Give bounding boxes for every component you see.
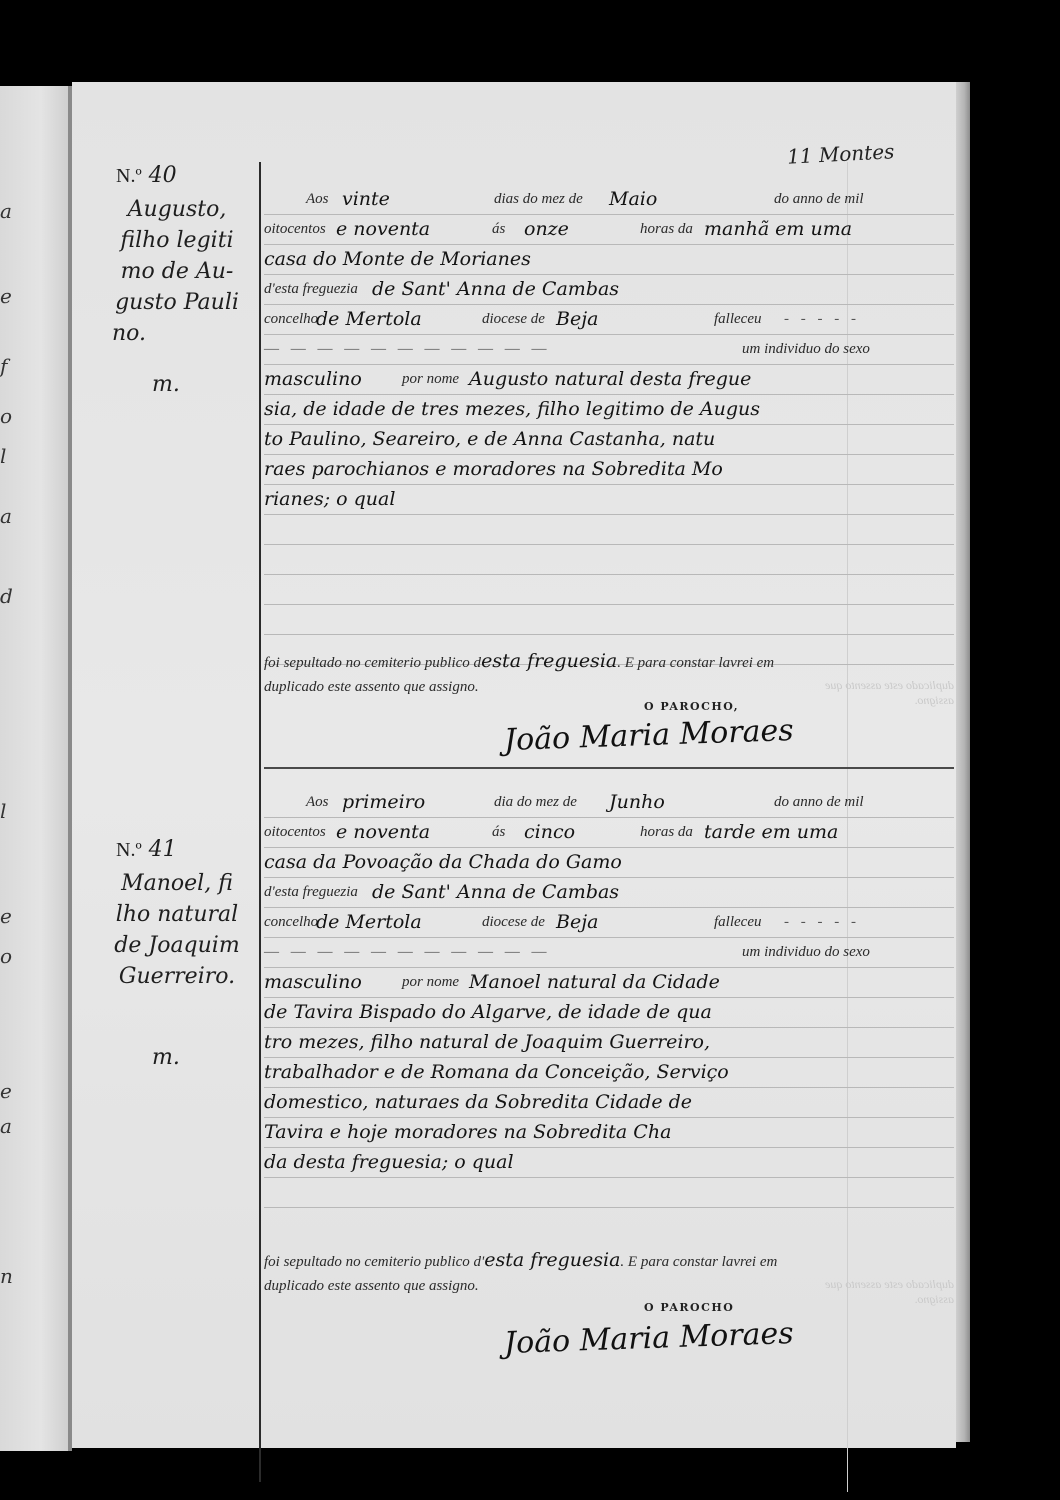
- entry-41-body: Aos primeiro dia do mez de Junho do anno…: [264, 788, 954, 1208]
- form-line-house: casa da Povoação da Chada do Gamo: [264, 848, 954, 878]
- left-page-fragment: e: [0, 906, 12, 926]
- priest-signature: João Maria Moraes: [503, 713, 794, 758]
- entry-40-body: Aos vinte dias do mez de Maio do anno de…: [264, 185, 954, 665]
- field-period: manhã em uma: [704, 215, 852, 244]
- form-line-house: casa do Monte de Morianes: [264, 245, 954, 275]
- page-stack-edge: [956, 82, 970, 1442]
- left-page-fragment: f: [0, 356, 7, 376]
- margin-sex: m.: [92, 1042, 262, 1073]
- field-year: e noventa: [336, 215, 430, 244]
- left-page-fragment: o: [0, 406, 12, 426]
- entry-40-closing: foi sepultado no cemiterio publico desta…: [264, 648, 954, 700]
- form-line-date: Aos primeiro dia do mez de Junho do anno…: [264, 788, 954, 818]
- left-page-fragment: e: [0, 1081, 12, 1101]
- field-concelho: de Mertola: [316, 305, 422, 334]
- margin-name-line: de Joaquim: [92, 930, 262, 961]
- field-diocese: Beja: [556, 908, 598, 937]
- blank-line: [264, 515, 954, 545]
- form-line-date: Aos vinte dias do mez de Maio do anno de…: [264, 185, 954, 215]
- field-parish: de Sant' Anna de Cambas: [372, 878, 619, 907]
- field-concelho: de Mertola: [316, 908, 422, 937]
- margin-sex: m.: [92, 369, 262, 400]
- field-year: e noventa: [336, 818, 430, 847]
- left-page-fragment: a: [0, 506, 12, 526]
- entry-40-margin: N.º 40 Augusto, filho legiti mo de Au- g…: [92, 160, 262, 400]
- left-page-fragment: n: [0, 1266, 13, 1286]
- register-page: 11 Montes N.º 40 Augusto, filho legiti m…: [72, 82, 956, 1448]
- entry-number: N.º 40: [92, 160, 262, 192]
- field-burial-place: esta freguesia: [484, 1249, 620, 1271]
- priest-signature: João Maria Moraes: [503, 1316, 794, 1361]
- closing-line-1: foi sepultado no cemiterio publico desta…: [264, 648, 954, 674]
- left-page-fragment: a: [0, 201, 12, 221]
- field-day: vinte: [342, 185, 390, 214]
- left-page-fragment: o: [0, 946, 12, 966]
- left-page-fragment: a: [0, 1116, 12, 1136]
- left-page-fragment: d: [0, 586, 13, 606]
- form-line-concelho: concelho de Mertola diocese de Beja fall…: [264, 305, 954, 335]
- blank-line: [264, 575, 954, 605]
- narrative-line: domestico, naturaes da Sobredita Cidade …: [264, 1088, 692, 1117]
- field-parish: de Sant' Anna de Cambas: [372, 275, 619, 304]
- narrative-line: trabalhador e de Romana da Conceição, Se…: [264, 1058, 729, 1087]
- form-line-name: masculino por nome Manoel natural da Cid…: [264, 968, 954, 998]
- margin-name-line: Manoel, fi: [92, 868, 262, 899]
- narrative-line: Augusto natural desta fregue: [469, 365, 751, 394]
- blank-line: [264, 1178, 954, 1208]
- field-sex: masculino: [264, 968, 362, 997]
- field-burial-place: esta freguesia: [481, 650, 617, 672]
- entry-41-margin: N.º 41 Manoel, fi lho natural de Joaquim…: [92, 834, 262, 1073]
- form-line-parish: d'esta freguezia de Sant' Anna de Cambas: [264, 275, 954, 305]
- top-annotation: 11 Montes: [786, 139, 894, 169]
- field-month: Maio: [609, 185, 657, 214]
- narrative-line: sia, de idade de tres mezes, filho legit…: [264, 395, 760, 424]
- field-diocese: Beja: [556, 305, 598, 334]
- narrative-line: raes parochianos e moradores na Sobredit…: [264, 455, 723, 484]
- margin-name-line: mo de Au-: [92, 256, 262, 287]
- field-hour: onze: [524, 215, 569, 244]
- form-line-time: oitocentos e noventa ás onze horas da ma…: [264, 215, 954, 245]
- blank-line: [264, 605, 954, 635]
- blank-line: [264, 545, 954, 575]
- narrative-line: to Paulino, Seareiro, e de Anna Castanha…: [264, 425, 715, 454]
- entry-separator: [264, 767, 954, 769]
- margin-name-line: no.: [92, 318, 262, 349]
- margin-name-line: Augusto,: [92, 194, 262, 225]
- left-page-fragment: l: [0, 446, 6, 466]
- form-line-parish: d'esta freguezia de Sant' Anna de Cambas: [264, 878, 954, 908]
- form-line-concelho: concelho de Mertola diocese de Beja fall…: [264, 908, 954, 938]
- margin-name-line: Guerreiro.: [92, 961, 262, 992]
- form-line-sex-label: — — — — — — — — — — — um individuo do se…: [264, 335, 954, 365]
- narrative-line: tro mezes, filho natural de Joaquim Guer…: [264, 1028, 710, 1057]
- left-page-fragment: l: [0, 801, 6, 821]
- narrative-line: rianes; o qual: [264, 485, 395, 514]
- margin-name-line: gusto Pauli: [92, 287, 262, 318]
- parocho-label: O PAROCHO,: [644, 700, 739, 713]
- closing-line-1: foi sepultado no cemiterio publico d'est…: [264, 1247, 954, 1273]
- narrative-line: de Tavira Bispado do Algarve, de idade d…: [264, 998, 712, 1027]
- entry-41-closing: foi sepultado no cemiterio publico d'est…: [264, 1247, 954, 1299]
- form-line-name: masculino por nome Augusto natural desta…: [264, 365, 954, 395]
- form-line-time: oitocentos e noventa ás cinco horas da t…: [264, 818, 954, 848]
- field-month: Junho: [609, 788, 665, 817]
- field-house: casa do Monte de Morianes: [264, 245, 531, 274]
- narrative-line: Manoel natural da Cidade: [469, 968, 720, 997]
- parocho-label: O PAROCHO: [644, 1301, 734, 1314]
- margin-name-line: filho legiti: [92, 225, 262, 256]
- field-period: tarde em uma: [704, 818, 838, 847]
- field-hour: cinco: [524, 818, 575, 847]
- narrative-line: Tavira e hoje moradores na Sobredita Cha: [264, 1118, 671, 1147]
- field-house: casa da Povoação da Chada do Gamo: [264, 848, 622, 877]
- facing-page-left: a e f o l a d l e o e a n: [0, 86, 70, 1451]
- entry-number: N.º 41: [92, 834, 262, 866]
- narrative-line: da desta freguesia; o qual: [264, 1148, 514, 1177]
- field-sex: masculino: [264, 365, 362, 394]
- field-day: primeiro: [342, 788, 425, 817]
- left-page-fragment: e: [0, 286, 12, 306]
- form-line-sex-label: — — — — — — — — — — — um individuo do se…: [264, 938, 954, 968]
- margin-name-line: lho natural: [92, 899, 262, 930]
